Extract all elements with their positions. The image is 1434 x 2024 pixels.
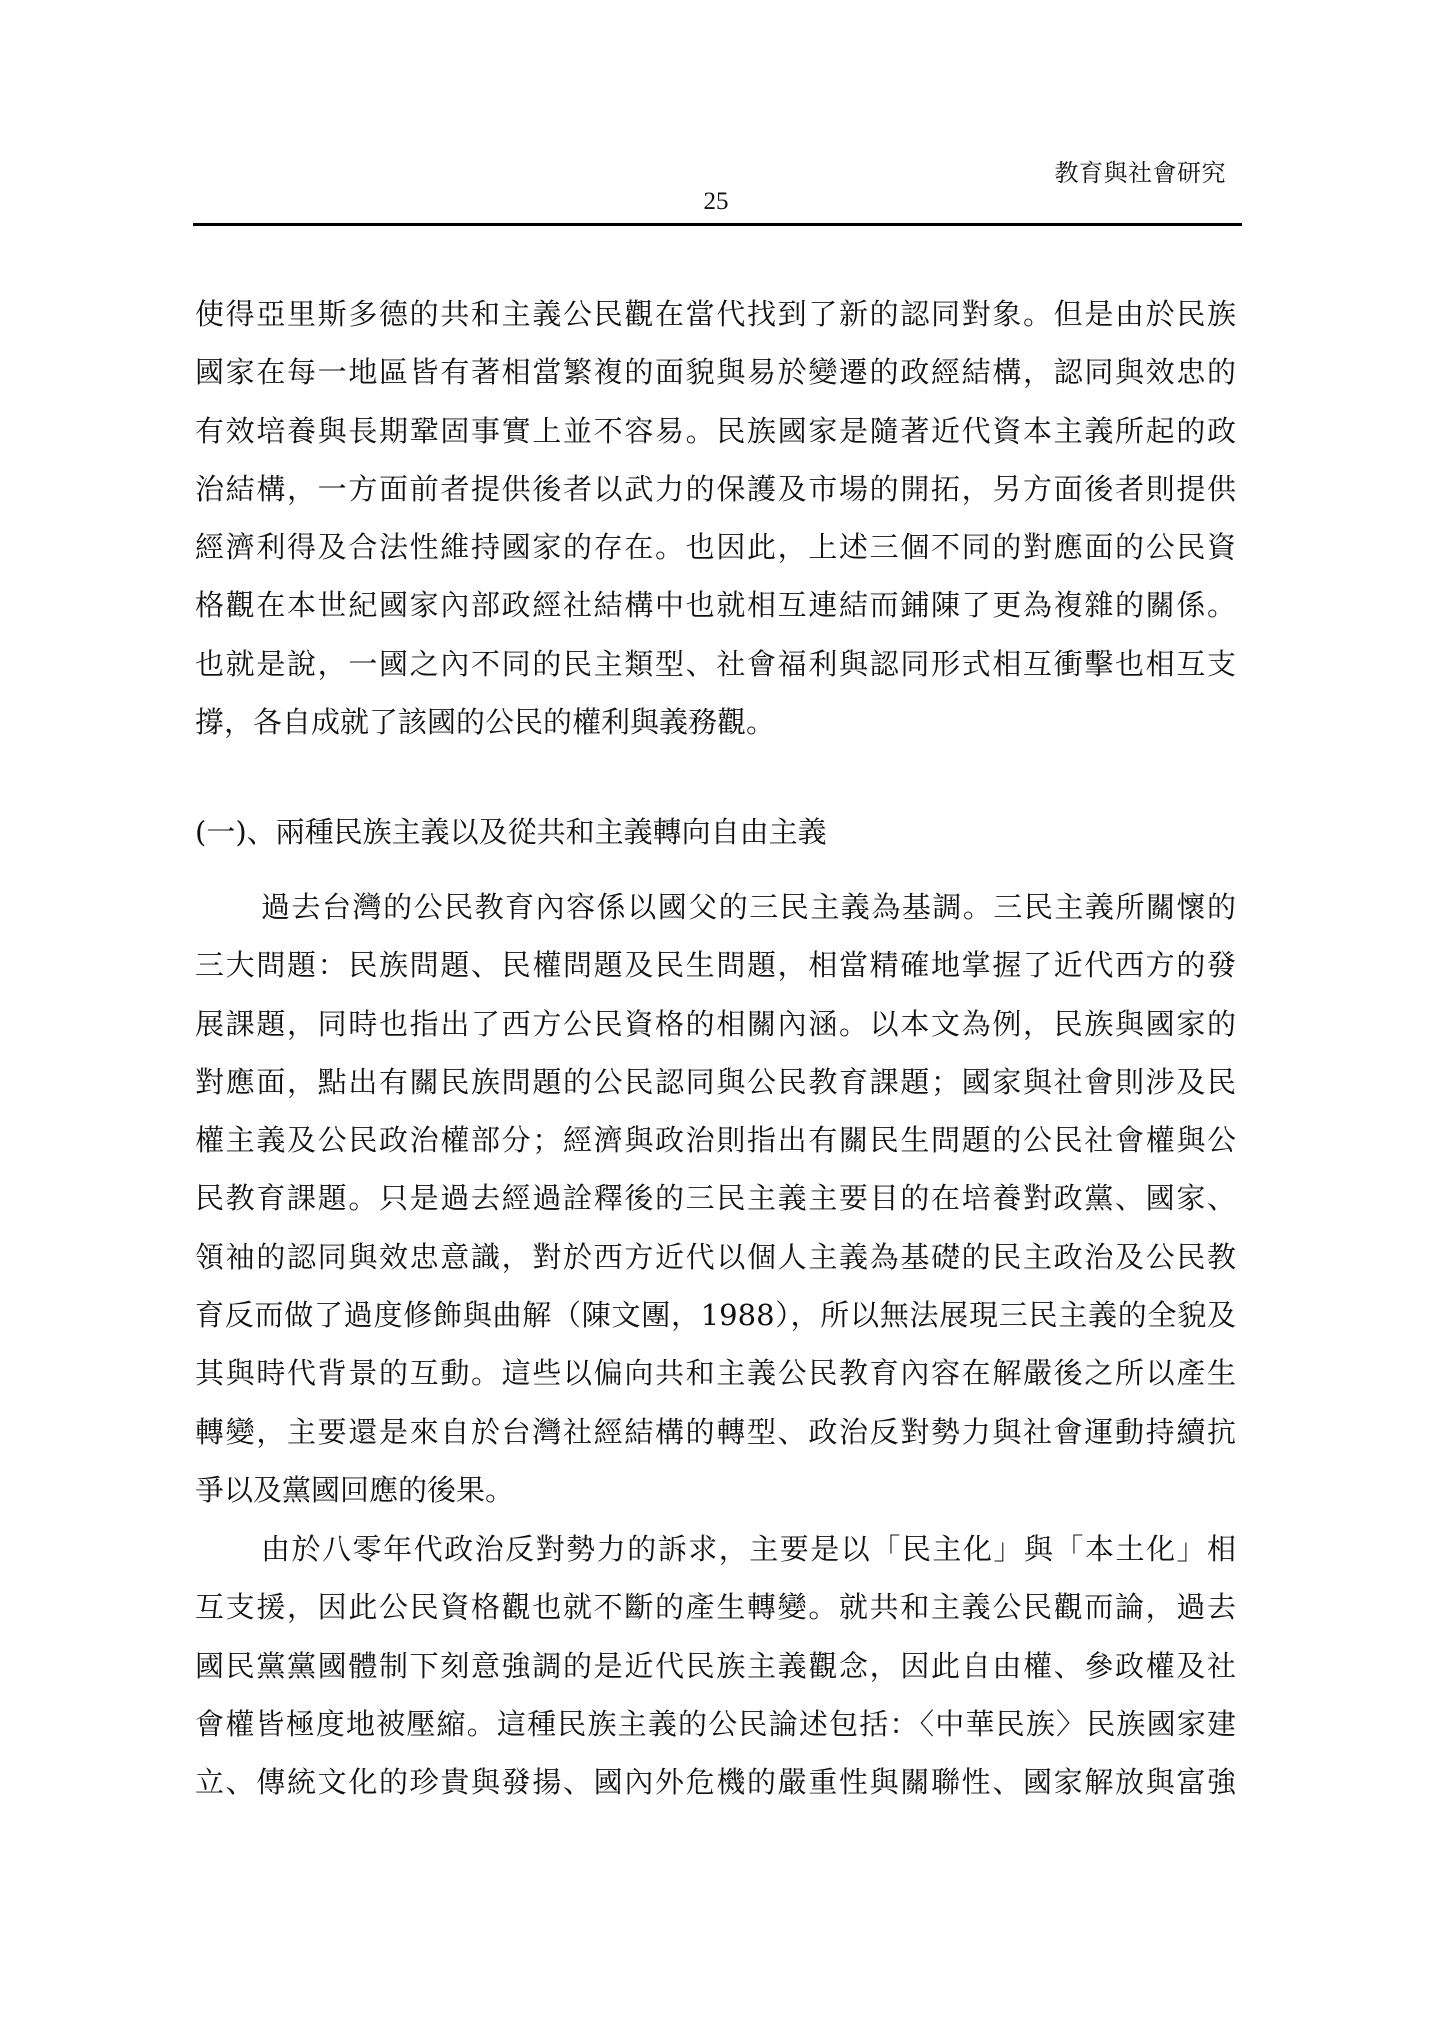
text-line: 互支援，因此公民資格觀也就不斷的產生轉變。就共和主義公民觀而論，過去 [195,1578,1236,1636]
text-line: 領袖的認同與效忠意識，對於西方近代以個人主義為基礎的民主政治及公民教 [195,1228,1236,1286]
paragraph-3: 由於八零年代政治反對勢力的訴求，主要是以「民主化」與「本土化」相 互支援，因此公… [195,1520,1236,1811]
text-line: 轉變，主要還是來自於台灣社經結構的轉型、政治反對勢力與社會運動持續抗 [195,1403,1236,1461]
page-number: 25 [666,188,766,216]
text-line: 經濟利得及合法性維持國家的存在。也因此，上述三個不同的對應面的公民資 [195,518,1236,576]
text-line: 由於八零年代政治反對勢力的訴求，主要是以「民主化」與「本土化」相 [195,1520,1236,1578]
text-line: 格觀在本世紀國家內部政經社結構中也就相互連結而鋪陳了更為複雜的關係。 [195,576,1236,634]
text-line: 民教育課題。只是過去經過詮釋後的三民主義主要目的在培養對政黨、國家、 [195,1169,1236,1227]
text-line: 有效培養與長期鞏固事實上並不容易。民族國家是隨著近代資本主義所起的政 [195,402,1236,460]
text-line: 爭以及黨國回應的後果。 [195,1461,1236,1519]
text-line: 會權皆極度地被壓縮。這種民族主義的公民論述包括：〈中華民族〉民族國家建 [195,1695,1236,1753]
text-line: 三大問題：民族問題、民權問題及民生問題，相當精確地掌握了近代西方的發 [195,936,1236,994]
paragraph-2: 過去台灣的公民教育內容係以國父的三民主義為基調。三民主義所關懷的 三大問題：民族… [195,878,1236,1519]
paragraph-1: 使得亞里斯多德的共和主義公民觀在當代找到了新的認同對象。但是由於民族 國家在每一… [195,285,1236,751]
text-line: 對應面，點出有關民族問題的公民認同與公民教育課題；國家與社會則涉及民 [195,1053,1236,1111]
text-line: 治結構，一方面前者提供後者以武力的保護及市場的開拓，另方面後者則提供 [195,460,1236,518]
text-line: 展課題，同時也指出了西方公民資格的相關內涵。以本文為例，民族與國家的 [195,995,1236,1053]
text-line: 撐，各自成就了該國的公民的權利與義務觀。 [195,693,1236,751]
text-line: 使得亞里斯多德的共和主義公民觀在當代找到了新的認同對象。但是由於民族 [195,285,1236,343]
text-line: 育反而做了過度修飾與曲解（陳文團，1988），所以無法展現三民主義的全貌及 [195,1286,1236,1344]
text-line: 國民黨黨國體制下刻意強調的是近代民族主義觀念，因此自由權、參政權及社 [195,1637,1236,1695]
section-heading: (一)、兩種民族主義以及從共和主義轉向自由主義 [195,803,827,861]
text-line: 過去台灣的公民教育內容係以國父的三民主義為基調。三民主義所關懷的 [195,878,1236,936]
text-line: 權主義及公民政治權部分；經濟與政治則指出有關民生問題的公民社會權與公 [195,1111,1236,1169]
running-head-journal-title: 教育與社會研究 [1040,158,1226,188]
header-divider-rule [193,223,1242,226]
text-line: 國家在每一地區皆有著相當繁複的面貌與易於變遷的政經結構，認同與效忠的 [195,343,1236,401]
text-line: 其與時代背景的互動。這些以偏向共和主義公民教育內容在解嚴後之所以產生 [195,1344,1236,1402]
text-line: 立、傳統文化的珍貴與發揚、國內外危機的嚴重性與關聯性、國家解放與富強 [195,1753,1236,1811]
text-line: 也就是說，一國之內不同的民主類型、社會福利與認同形式相互衝擊也相互支 [195,635,1236,693]
